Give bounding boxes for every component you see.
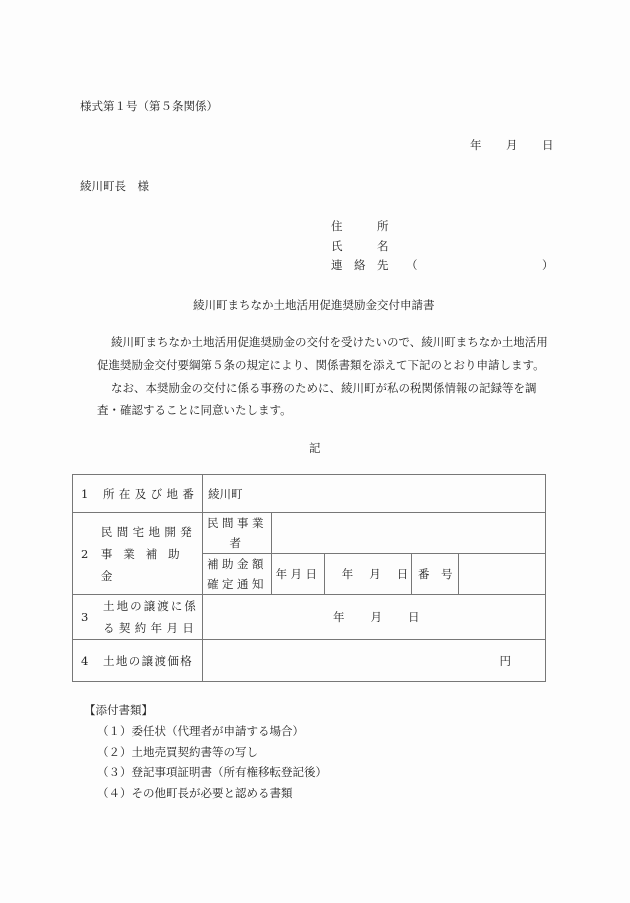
contact-label-2: 絡 <box>354 257 366 273</box>
row3-month: 月 <box>371 610 383 624</box>
row2-label-line1: 民間宅地開発 <box>101 521 202 543</box>
address-label-2: 所 <box>377 218 389 234</box>
row1-label-cell: 1所在及び地番 <box>73 475 203 513</box>
row2-sub1-label-line1: 民間事業 <box>203 513 271 533</box>
row2-label-cell: 2 民間宅地開発 事業補助金 <box>73 513 203 595</box>
row4-number: 4 <box>73 654 103 668</box>
row3-label-line2: る契約年月日 <box>103 617 198 639</box>
row4-label-cell: 4土地の譲渡価格 <box>73 640 203 682</box>
row2-sub1-label-line2: 者 <box>203 533 271 553</box>
row1-value: 綾川町 <box>208 487 243 501</box>
table-row-contract-date: 3 土地の譲渡に係 る契約年月日 年月日 <box>73 595 546 640</box>
document-title: 綾川町まちなか土地活用促進奨励金交付申請書 <box>193 297 435 313</box>
row2-date-label: 年月日 <box>276 567 321 581</box>
row3-year: 年 <box>333 610 345 624</box>
paragraph1-line2: 促進奨励金交付要綱第５条の規定により、関係書類を添えて下記のとおり申請します。 <box>97 357 545 373</box>
row2-date-value-cell[interactable]: 年月日 <box>325 554 412 595</box>
attachments-heading: 【添付書類】 <box>84 702 153 718</box>
table-row-subsidy-top: 2 民間宅地開発 事業補助金 民間事業 者 <box>73 513 546 554</box>
paragraph1-line1: 綾川町まちなか土地活用促進奨励金の交付を受けたいので、綾川町まちなか土地活用 <box>111 334 548 350</box>
table-row-price: 4土地の譲渡価格 円 <box>73 640 546 682</box>
paragraph2-line1: なお、本奨励金の交付に係る事務のために、綾川町が私の税関係情報の記録等を調 <box>111 380 537 396</box>
row2-sub1-value-cell[interactable] <box>272 513 546 554</box>
attachment-item-1: （１）委任状（代理者が申請する場合） <box>97 723 304 739</box>
row2-date-month: 月 <box>369 567 381 581</box>
row3-value-cell[interactable]: 年月日 <box>203 595 546 640</box>
date-day: 日 <box>542 137 554 153</box>
row3-day: 日 <box>408 610 420 624</box>
row3-label-cell: 3 土地の譲渡に係 る契約年月日 <box>73 595 203 640</box>
row2-number-value-cell[interactable] <box>459 554 546 595</box>
row2-sub2-label-line2: 確定通知 <box>203 574 271 594</box>
attachment-item-4: （４）その他町長が必要と認める書類 <box>97 785 293 801</box>
attachment-item-3: （３）登記事項証明書（所有権移転登記後） <box>97 764 327 780</box>
row2-number-label: 番 号 <box>418 567 453 581</box>
row4-unit: 円 <box>500 654 512 668</box>
row2-date-label-cell: 年月日 <box>272 554 325 595</box>
contact-label-3: 先 <box>377 257 389 273</box>
row2-number-label-cell: 番 号 <box>412 554 459 595</box>
row1-number: 1 <box>73 487 103 501</box>
ki-heading: 記 <box>309 440 321 456</box>
attachment-item-2: （２）土地売買契約書等の写し <box>97 744 258 760</box>
name-label-2: 名 <box>377 238 389 254</box>
row1-value-cell[interactable]: 綾川町 <box>203 475 546 513</box>
name-label-1: 氏 <box>331 238 343 254</box>
contact-label-1: 連 <box>331 257 343 273</box>
form-number: 様式第１号（第５条関係） <box>80 98 218 114</box>
date-year: 年 <box>470 137 482 153</box>
addressee: 綾川町長 様 <box>80 178 149 194</box>
row2-label-line2: 事業補助金 <box>101 543 202 587</box>
contact-close-paren: ） <box>542 257 554 273</box>
row4-label: 土地の譲渡価格 <box>103 654 193 668</box>
row2-number: 2 <box>73 547 101 561</box>
row2-sub1-label-cell: 民間事業 者 <box>203 513 272 554</box>
date-month: 月 <box>506 137 518 153</box>
row3-number: 3 <box>73 610 103 624</box>
row4-value-cell[interactable]: 円 <box>203 640 546 682</box>
paragraph2-line2: 査・確認することに同意いたします。 <box>97 402 292 418</box>
address-label-1: 住 <box>331 218 343 234</box>
contact-open-paren: （ <box>406 257 418 273</box>
row3-label-line1: 土地の譲渡に係 <box>103 595 198 617</box>
table-row-location: 1所在及び地番 綾川町 <box>73 475 546 513</box>
row2-date-day: 日 <box>397 567 409 581</box>
row2-date-year: 年 <box>342 567 354 581</box>
row1-label: 所在及び地番 <box>103 487 198 501</box>
application-table: 1所在及び地番 綾川町 2 民間宅地開発 事業補助金 民間事業 者 <box>72 474 546 682</box>
row2-sub2-label-cell: 補助金額 確定通知 <box>203 554 272 595</box>
row2-sub2-label-line1: 補助金額 <box>203 554 271 574</box>
